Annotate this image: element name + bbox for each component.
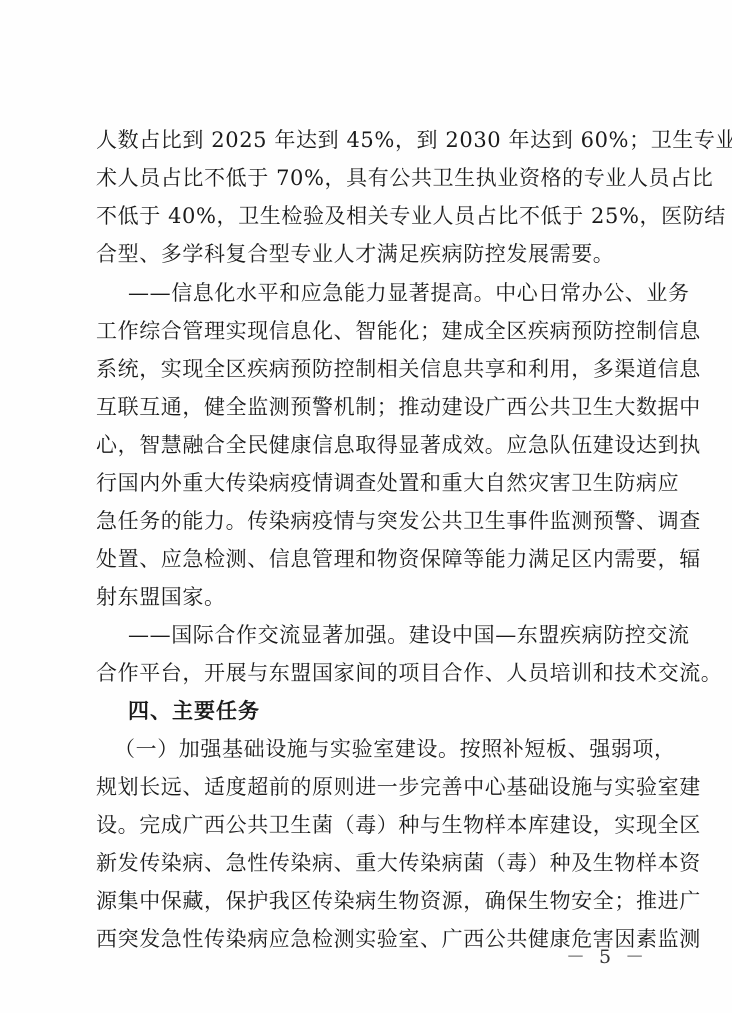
text-line: 系统，实现全区疾病预防控制相关信息共享和利用，多渠道信息: [96, 354, 656, 384]
text-line: 处置、应急检测、信息管理和物资保障等能力满足区内需要，辐: [96, 544, 656, 574]
text-line: 人数占比到 2025 年达到 45%，到 2030 年达到 60%；卫生专业技: [96, 125, 656, 155]
section-heading: 四、主要任务: [128, 696, 260, 726]
text-line: 规划长远、适度超前的原则进一步完善中心基础设施与实验室建: [96, 772, 656, 802]
text-line: 设。完成广西公共卫生菌（毒）种与生物样本库建设，实现全区: [96, 810, 656, 840]
text-line: 术人员占比不低于 70%，具有公共卫生执业资格的专业人员占比: [96, 163, 656, 193]
text-line: 互联互通，健全监测预警机制；推动建设广西公共卫生大数据中: [96, 392, 656, 422]
text-line: （一）加强基础设施与实验室建设。按照补短板、强弱项，: [114, 734, 656, 764]
text-line: ——信息化水平和应急能力显著提高。中心日常办公、业务: [128, 278, 656, 308]
document-page: 人数占比到 2025 年达到 45%，到 2030 年达到 60%；卫生专业技 …: [0, 0, 732, 1013]
text-line: 射东盟国家。: [96, 582, 656, 612]
text-line: 合作平台，开展与东盟国家间的项目合作、人员培训和技术交流。: [96, 658, 656, 688]
text-line: 新发传染病、急性传染病、重大传染病菌（毒）种及生物样本资: [96, 848, 656, 878]
page-number: － 5 －: [566, 942, 648, 969]
text-line: ——国际合作交流显著加强。建设中国—东盟疾病防控交流: [128, 620, 656, 650]
text-line: 不低于 40%，卫生检验及相关专业人员占比不低于 25%，医防结: [96, 201, 656, 231]
text-line: 合型、多学科复合型专业人才满足疾病防控发展需要。: [96, 239, 656, 269]
text-line: 心，智慧融合全民健康信息取得显著成效。应急队伍建设达到执: [96, 430, 656, 460]
text-line: 源集中保藏，保护我区传染病生物资源，确保生物安全；推进广: [96, 886, 656, 916]
text-line: 急任务的能力。传染病疫情与突发公共卫生事件监测预警、调查: [96, 506, 656, 536]
text-line: 行国内外重大传染病疫情调查处置和重大自然灾害卫生防病应: [96, 468, 656, 498]
text-line: 工作综合管理实现信息化、智能化；建成全区疾病预防控制信息: [96, 316, 656, 346]
